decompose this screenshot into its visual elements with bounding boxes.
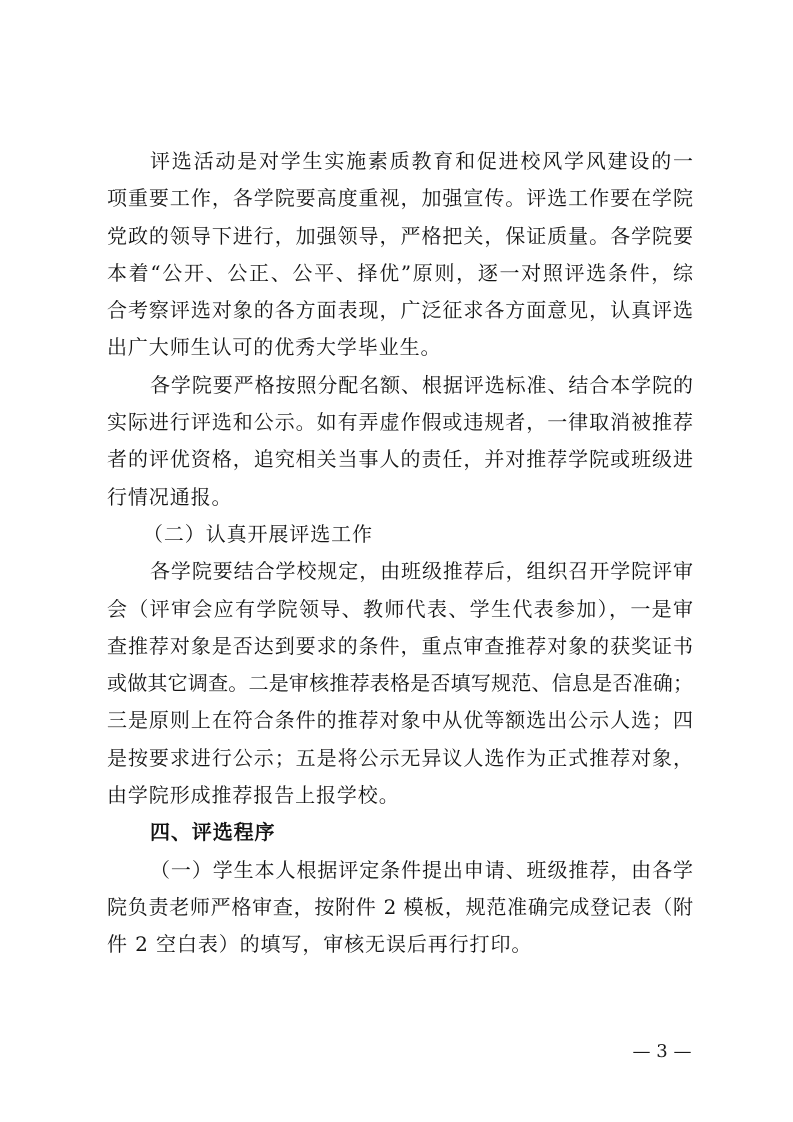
paragraph-line: 实际进行评选和公示。如有弄虚作假或违规者，一律取消被推荐 bbox=[107, 404, 693, 441]
paragraph-line: 各学院要结合学校规定，由班级推荐后，组织召开学院评审 bbox=[107, 553, 693, 590]
paragraph-line: 查推荐对象是否达到要求的条件，重点审查推荐对象的获奖证书 bbox=[107, 628, 693, 665]
paragraph-line: 院负责老师严格审查，按附件 2 模板，规范准确完成登记表（附 bbox=[107, 889, 693, 926]
section-heading-selection-procedure: 四、评选程序 bbox=[107, 814, 693, 851]
paragraph-line: 各学院要严格按照分配名额、根据评选标准、结合本学院的 bbox=[107, 367, 693, 404]
paragraph-review-committee: 各学院要结合学校规定，由班级推荐后，组织召开学院评审 会（评审会应有学院领导、教… bbox=[107, 553, 693, 814]
paragraph-line: 或做其它调查。二是审核推荐表格是否填写规范、信息是否准确； bbox=[107, 665, 693, 702]
paragraph-line: 件 2 空白表）的填写，审核无误后再行打印。 bbox=[107, 926, 693, 963]
paragraph-line: （一）学生本人根据评定条件提出申请、班级推荐，由各学 bbox=[107, 852, 693, 889]
paragraph-line: 会（评审会应有学院领导、教师代表、学生代表参加），一是审 bbox=[107, 591, 693, 628]
paragraph-line: 是按要求进行公示；五是将公示无异议人选作为正式推荐对象， bbox=[107, 740, 693, 777]
subheading-conduct-selection: （二）认真开展评选工作 bbox=[107, 516, 693, 553]
document-body: 评选活动是对学生实施素质教育和促进校风学风建设的一 项重要工作，各学院要高度重视… bbox=[107, 143, 693, 964]
paragraph-line: 本着“公开、公正、公平、择优”原则，逐一对照评选条件，综 bbox=[107, 255, 693, 292]
paragraph-line: 三是原则上在符合条件的推荐对象中从优等额选出公示人选；四 bbox=[107, 702, 693, 739]
paragraph-line: 党政的领导下进行，加强领导，严格把关，保证质量。各学院要 bbox=[107, 218, 693, 255]
paragraph-line: 合考察评选对象的各方面表现，广泛征求各方面意见，认真评选 bbox=[107, 292, 693, 329]
paragraph-application-step: （一）学生本人根据评定条件提出申请、班级推荐，由各学 院负责老师严格审查，按附件… bbox=[107, 852, 693, 964]
paragraph-selection-significance: 评选活动是对学生实施素质教育和促进校风学风建设的一 项重要工作，各学院要高度重视… bbox=[107, 143, 693, 367]
paragraph-line: 由学院形成推荐报告上报学校。 bbox=[107, 777, 693, 814]
paragraph-line: 行情况通报。 bbox=[107, 479, 693, 516]
paragraph-line: 出广大师生认可的优秀大学毕业生。 bbox=[107, 329, 693, 366]
page-number: — 3 — bbox=[628, 1040, 696, 1064]
paragraph-line: 者的评优资格，追究相关当事人的责任，并对推荐学院或班级进 bbox=[107, 441, 693, 478]
paragraph-line: 评选活动是对学生实施素质教育和促进校风学风建设的一 bbox=[107, 143, 693, 180]
paragraph-line: 项重要工作，各学院要高度重视，加强宣传。评选工作要在学院 bbox=[107, 180, 693, 217]
paragraph-quota-and-discipline: 各学院要严格按照分配名额、根据评选标准、结合本学院的 实际进行评选和公示。如有弄… bbox=[107, 367, 693, 516]
document-page: 评选活动是对学生实施素质教育和促进校风学风建设的一 项重要工作，各学院要高度重视… bbox=[0, 0, 793, 1122]
